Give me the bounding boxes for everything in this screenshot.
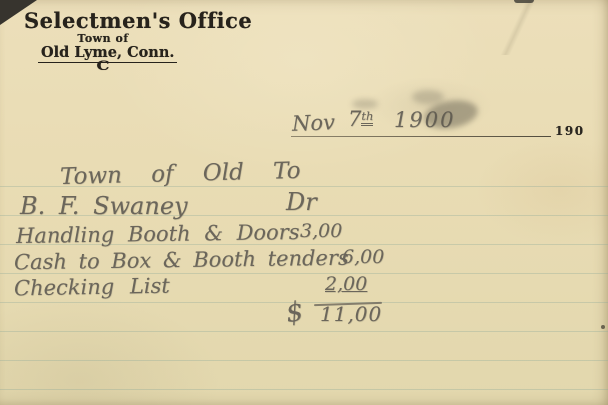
- ledger-item-description: Checking List: [14, 274, 170, 301]
- ledger-item-amount: 6,00: [342, 246, 384, 268]
- pencil-smudge: [352, 99, 378, 109]
- paper-crease: [468, 0, 568, 55]
- ledger-item-description: Cash to Box & Booth tenders: [14, 246, 349, 275]
- date-day-suffix: th: [361, 109, 373, 126]
- scanned-document: Selectmen's Office Town of Old Lyme, Con…: [0, 0, 608, 405]
- handwritten-date-day: 7th: [348, 107, 373, 131]
- background-corner: [0, 0, 37, 25]
- ledger-debit-abbreviation: Dr: [286, 188, 317, 216]
- letterhead-office-name: Selectmen's Office: [24, 8, 210, 33]
- paper-edge-nick: [514, 0, 534, 3]
- date-day-number: 7: [348, 107, 361, 131]
- ledger-payee-name: B. F. Swaney: [20, 192, 188, 220]
- handwritten-date-month: Nov: [292, 110, 336, 135]
- ledger-item-amount: 2,00: [325, 273, 367, 295]
- paper: Selectmen's Office Town of Old Lyme, Con…: [0, 0, 608, 405]
- pencil-smudge: [412, 90, 444, 104]
- letterhead-ornament-icon: C: [28, 59, 178, 74]
- printed-year-prefix: 190: [555, 124, 585, 138]
- total-amount: 11,00: [320, 302, 382, 326]
- ledger-item-description: Handling Booth & Doors: [16, 220, 300, 248]
- printed-date-rule: [291, 136, 551, 137]
- ledger-item-amount: 3,00: [300, 220, 342, 242]
- paper-speck: [601, 325, 605, 329]
